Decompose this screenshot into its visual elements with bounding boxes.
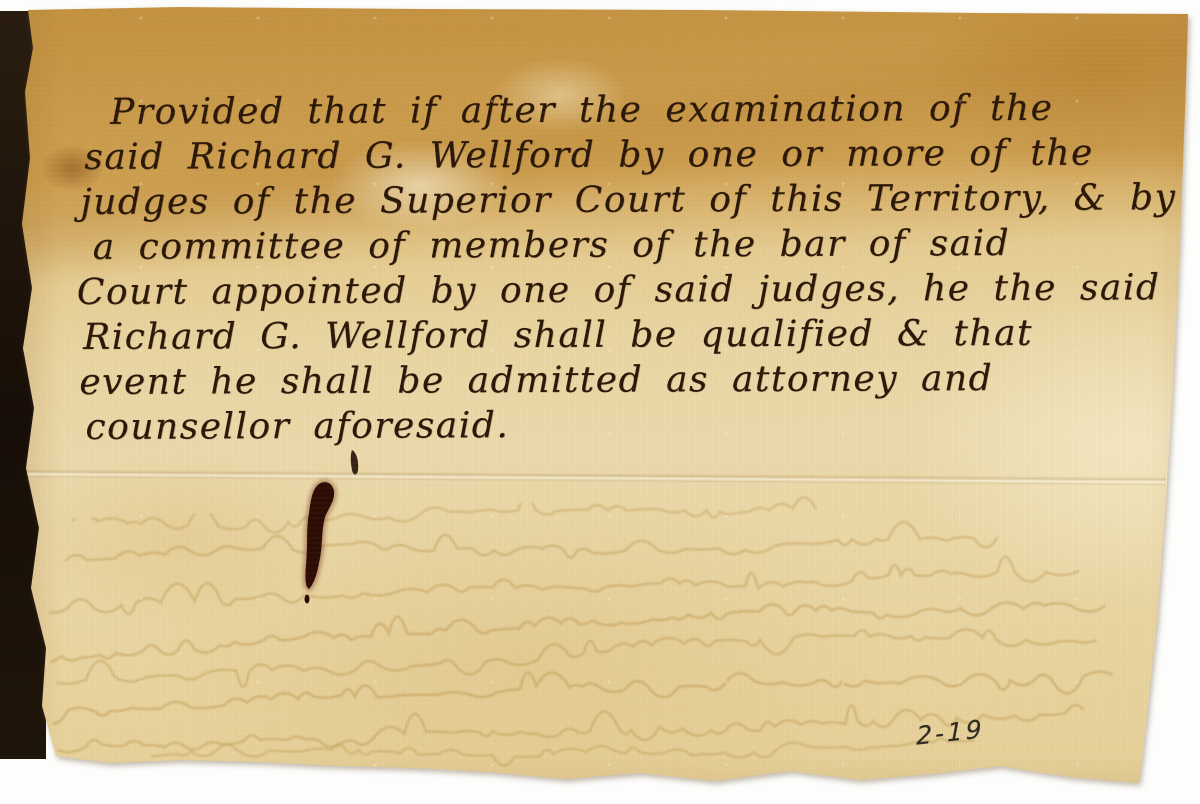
manuscript-line: judges of the Superior Court of this Ter…	[80, 175, 1166, 225]
manuscript-text-block: Provided that if after the examination o…	[76, 85, 1168, 450]
manuscript-line: Richard G. Wellford shall be qualified &…	[83, 310, 1167, 360]
manuscript-line: a committee of members of the bar of sai…	[93, 220, 1167, 270]
manuscript-line: counsellor aforesaid.	[85, 400, 1167, 450]
bleedthrough-line	[72, 487, 815, 540]
manuscript-line: Provided that if after the examination o…	[110, 85, 1166, 135]
manuscript-line: said Richard G. Wellford by one or more …	[84, 130, 1166, 180]
manuscript-line: event he shall be admitted as attorney a…	[79, 355, 1167, 405]
ink-blot	[292, 443, 376, 611]
bleedthrough-line	[46, 552, 1079, 617]
manuscript-line: Court appointed by one of said judges, h…	[77, 265, 1167, 315]
scanned-document-page: Provided that if after the examination o…	[0, 0, 1200, 804]
bleedthrough-line	[66, 511, 997, 579]
bleedthrough-line	[46, 592, 1105, 663]
manuscript-paper: Provided that if after the examination o…	[0, 0, 1200, 804]
paper-shadow-wrap: Provided that if after the examination o…	[0, 0, 1200, 804]
fold-crease	[22, 469, 1166, 486]
bleedthrough-line	[152, 719, 974, 779]
bleedthrough-handwriting	[46, 481, 1155, 791]
